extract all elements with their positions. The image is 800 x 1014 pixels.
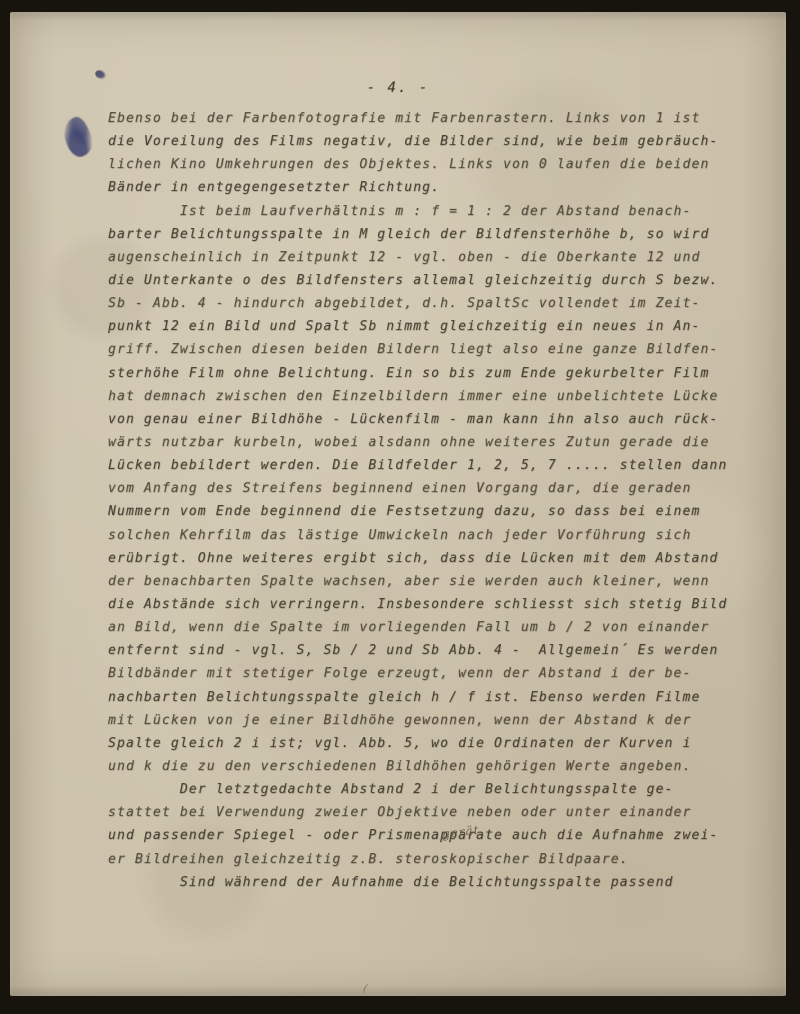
text-line: sterhöhe Film ohne Belichtung. Ein so bi… <box>108 362 758 385</box>
text-line: lichen Kino Umkehrungen des Objektes. Li… <box>108 153 758 176</box>
text-line: mit Lücken von je einer Bildhöhe gewonne… <box>108 709 758 732</box>
text-line: die Unterkante o des Bildfensters allema… <box>108 269 758 292</box>
scanned-page: - 4. - Ebenso bei der Farbenfotografie m… <box>10 12 786 996</box>
text-line: punkt 12 ein Bild und Spalt Sb nimmt gle… <box>108 315 758 338</box>
text-line: griff. Zwischen diesen beiden Bildern li… <box>108 338 758 361</box>
text-line: Sb - Abb. 4 - hindurch abgebildet, d.h. … <box>108 292 758 315</box>
text-line: entfernt sind - vgl. S, Sb / 2 und Sb Ab… <box>108 639 758 662</box>
text-line: vom Anfang des Streifens beginnend einen… <box>108 477 758 500</box>
text-line: barter Belichtungsspalte in M gleich der… <box>108 223 758 246</box>
text-line: nachbarten Belichtungsspalte gleich h / … <box>108 686 758 709</box>
text-line: und passender Spiegel - oder Prismenappa… <box>108 824 758 847</box>
text-line: Spalte gleich 2 i ist; vgl. Abb. 5, wo d… <box>108 732 758 755</box>
text-line: wärts nutzbar kurbeln, wobei alsdann ohn… <box>108 431 758 454</box>
text-line: von genau einer Bildhöhe - Lückenfilm - … <box>108 408 758 431</box>
text-line: Bildbänder mit stetiger Folge erzeugt, w… <box>108 662 758 685</box>
text-line: Nummern vom Ende beginnend die Festsetzu… <box>108 500 758 523</box>
page-number: - 4. - <box>10 80 786 96</box>
footer-pencil-mark: ( <box>361 981 370 995</box>
text-line: hat demnach zwischen den Einzelbildern i… <box>108 385 758 408</box>
ink-blot-icon <box>60 114 95 159</box>
text-line: Ebenso bei der Farbenfotografie mit Farb… <box>108 107 758 130</box>
text-line: und k die zu den verschiedenen Bildhöhen… <box>108 755 758 778</box>
ink-dot-icon <box>94 68 107 80</box>
text-line: Bänder in entgegengesetzter Richtung. <box>108 176 758 199</box>
text-line: erübrigt. Ohne weiteres ergibt sich, das… <box>108 547 758 570</box>
text-line: solchen Kehrfilm das lästige Umwickeln n… <box>108 524 758 547</box>
text-line: der benachbarten Spalte wachsen, aber si… <box>108 570 758 593</box>
text-line: die Voreilung des Films negativ, die Bil… <box>108 130 758 153</box>
text-line: Sind während der Aufnahme die Belichtung… <box>108 871 758 894</box>
text-line: die Abstände sich verringern. Insbesonde… <box>108 593 758 616</box>
text-line: Lücken bebildert werden. Die Bildfelder … <box>108 454 758 477</box>
text-line: stattet bei Verwendung zweier Objektive … <box>108 801 758 824</box>
text-line: Ist beim Laufverhältnis m : f = 1 : 2 de… <box>108 200 758 223</box>
text-line: er Bildreihen gleichzeitig z.B. sterosko… <box>108 848 758 871</box>
text-line: Der letztgedachte Abstand 2 i der Belich… <box>108 778 758 801</box>
text-line: an Bild, wenn die Spalte im vorliegenden… <box>108 616 758 639</box>
typewritten-text: Ebenso bei der Farbenfotografie mit Farb… <box>108 107 758 894</box>
text-line: augenscheinlich in Zeitpunkt 12 - vgl. o… <box>108 246 758 269</box>
